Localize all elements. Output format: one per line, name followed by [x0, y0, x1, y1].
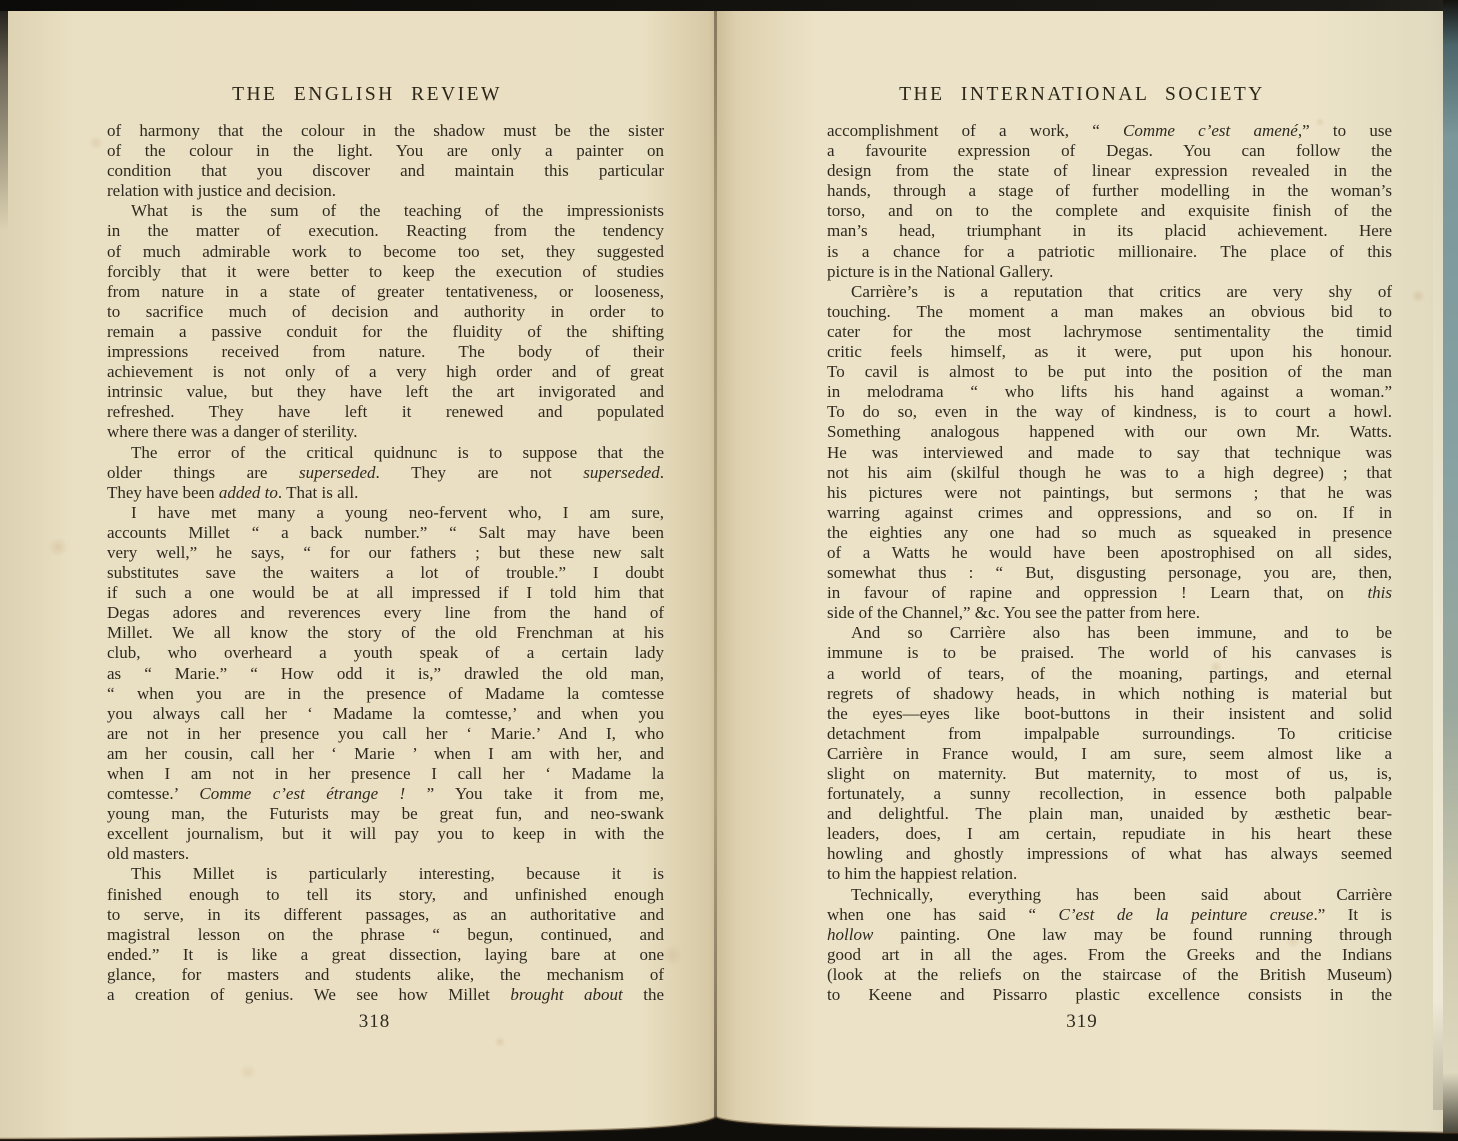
body-text: magistral lesson on the phrase “ begun, … — [107, 925, 664, 944]
page-number-left: 318 — [107, 1011, 642, 1037]
text-line: They have been added to. That is all. — [107, 483, 664, 503]
body-text: from nature in a state of greater tentat… — [107, 282, 664, 301]
text-line: forcibly that it were better to keep the… — [107, 262, 664, 282]
italic-text: Comme c’est étrange ! — [199, 784, 405, 803]
text-line: man’s head, triumphant in its placid ach… — [827, 221, 1392, 241]
body-text: a creation of genius. We see how Millet — [107, 985, 510, 1004]
body-text: To cavil is almost to be put into the po… — [827, 362, 1392, 381]
body-text: Carrière in France would, I am sure, see… — [827, 744, 1392, 763]
body-text: leaders, does, I am certain, repudiate i… — [827, 824, 1392, 843]
text-line: leaders, does, I am certain, repudiate i… — [827, 824, 1392, 844]
text-line: He was interviewed and made to say that … — [827, 443, 1392, 463]
text-line: not his aim (skilful though he was to a … — [827, 463, 1392, 483]
text-line: if such a one would be at all impressed … — [107, 583, 664, 603]
body-text: am her cousin, call her ‘ Marie ’ when I… — [107, 744, 664, 763]
body-text: and delightful. The plain man, unaided b… — [827, 804, 1392, 823]
body-text: . They are not — [376, 463, 584, 482]
text-line: the eighties any one had so much as sque… — [827, 523, 1392, 543]
text-line: To do so, even in the way of kindness, i… — [827, 402, 1392, 422]
text-line: you always call her ‘ Madame la comtesse… — [107, 704, 664, 724]
text-line: a favourite expression of Degas. You can… — [827, 141, 1392, 161]
text-line: and delightful. The plain man, unaided b… — [827, 804, 1392, 824]
body-text: accounts Millet “ a back number.” “ Salt… — [107, 523, 664, 542]
scan-edge-top — [0, 0, 1458, 11]
text-line: “ when you are in the presence of Madame… — [107, 684, 664, 704]
text-line: from nature in a state of greater tentat… — [107, 282, 664, 302]
text-line: substitutes save the waiters a lot of tr… — [107, 563, 664, 583]
text-line: am her cousin, call her ‘ Marie ’ when I… — [107, 744, 664, 764]
running-head-right: THE INTERNATIONAL SOCIETY — [827, 84, 1337, 110]
text-line: of much admirable work to become too set… — [107, 242, 664, 262]
text-line: are not in her presence you call her ‘ M… — [107, 724, 664, 744]
text-line: achievement is not only of a very high o… — [107, 362, 664, 382]
text-line: cater for the most lachrymose sentimenta… — [827, 322, 1392, 342]
scan-edge-left — [0, 0, 8, 230]
italic-text: Comme c’est amené — [1123, 121, 1298, 140]
text-line: old masters. — [107, 844, 664, 864]
italic-text: hollow — [827, 925, 873, 944]
text-line: as “ Marie.” “ How odd it is,” drawled t… — [107, 664, 664, 684]
text-line: in melodrama “ who lifts his hand agains… — [827, 382, 1392, 402]
body-text: a world of tears, of the moaning, partin… — [827, 664, 1392, 683]
text-line: to serve, in its different passages, as … — [107, 905, 664, 925]
text-line: Technically, everything has been said ab… — [827, 885, 1392, 905]
body-text: The error of the critical quidnunc is to… — [131, 443, 664, 462]
body-text: Millet. We all know the story of the old… — [107, 623, 664, 642]
body-text: (look at the reliefs on the staircase of… — [827, 965, 1392, 984]
italic-text: C’est de la peinture creuse — [1059, 905, 1314, 924]
body-text: old masters. — [107, 844, 189, 863]
body-text: somewhat thus : “ But, disgusting person… — [827, 563, 1392, 582]
body-text: To do so, even in the way of kindness, i… — [827, 402, 1392, 421]
body-text: And so Carrière also has been immune, an… — [851, 623, 1392, 642]
text-line: intrinsic value, but they have left the … — [107, 382, 664, 402]
text-line: the eyes—eyes like boot-buttons in their… — [827, 704, 1392, 724]
body-text: in favour of rapine and oppression ! Lea… — [827, 583, 1367, 602]
body-text: Degas adores and reverences every line f… — [107, 603, 664, 622]
body-text: are not in her presence you call her ‘ M… — [107, 724, 664, 743]
body-text: impressions received from nature. The bo… — [107, 342, 664, 361]
italic-text: this — [1367, 583, 1392, 602]
italic-text: brought about — [510, 985, 622, 1004]
book-cover-edge — [1443, 0, 1458, 1141]
text-line: a world of tears, of the moaning, partin… — [827, 664, 1392, 684]
page-body-right: accomplishment of a work, “ Comme c’est … — [827, 121, 1392, 1005]
scan-edge-bottom — [0, 1111, 1458, 1141]
text-line: impressions received from nature. The bo… — [107, 342, 664, 362]
body-text: cater for the most lachrymose sentimenta… — [827, 322, 1392, 341]
body-text: torso, and on to the complete and exquis… — [827, 201, 1392, 220]
text-line: older things are superseded. They are no… — [107, 463, 664, 483]
text-line: torso, and on to the complete and exquis… — [827, 201, 1392, 221]
text-line: critic feels himself, as it were, put up… — [827, 342, 1392, 362]
text-line: good art in all the ages. From the Greek… — [827, 945, 1392, 965]
body-text: if such a one would be at all impressed … — [107, 583, 664, 602]
italic-text: added to — [219, 483, 278, 502]
text-line: accounts Millet “ a back number.” “ Salt… — [107, 523, 664, 543]
text-line: (look at the reliefs on the staircase of… — [827, 965, 1392, 985]
body-text: not his aim (skilful though he was to a … — [827, 463, 1392, 482]
body-text: substitutes save the waiters a lot of tr… — [107, 563, 664, 582]
text-line: when one has said “ C’est de la peinture… — [827, 905, 1392, 925]
body-text: remain a passive conduit for the fluidit… — [107, 322, 664, 341]
text-line: design from the state of linear expressi… — [827, 161, 1392, 181]
body-text: ” You take it from me, — [405, 784, 664, 803]
page-fore-edge — [1433, 30, 1443, 1110]
body-text: excellent journalism, but it will pay yo… — [107, 824, 664, 843]
text-line: somewhat thus : “ But, disgusting person… — [827, 563, 1392, 583]
text-line: of a Watts he would have been apostrophi… — [827, 543, 1392, 563]
body-text: the — [623, 985, 664, 1004]
body-text: picture is in the National Gallery. — [827, 262, 1053, 281]
book-spread: THE ENGLISH REVIEW THE INTERNATIONAL SOC… — [0, 0, 1458, 1141]
text-line: where there was a danger of sterility. — [107, 422, 664, 442]
body-text: slight on maternity. But maternity, to m… — [827, 764, 1392, 783]
text-line: relation with justice and decision. — [107, 181, 664, 201]
body-text: touching. The moment a man makes an obvi… — [827, 302, 1392, 321]
text-line: a creation of genius. We see how Millet … — [107, 985, 664, 1005]
body-text: Technically, everything has been said ab… — [851, 885, 1392, 904]
body-text: of the colour in the light. You are only… — [107, 141, 664, 160]
body-text: detachment from impalpable surroundings.… — [827, 724, 1392, 743]
body-text: where there was a danger of sterility. — [107, 422, 357, 441]
body-text: his pictures were not paintings, but ser… — [827, 483, 1392, 502]
body-text: They have been — [107, 483, 219, 502]
text-line: detachment from impalpable surroundings.… — [827, 724, 1392, 744]
body-text: side of the Channel,” &c. You see the pa… — [827, 603, 1200, 622]
text-line: of harmony that the colour in the shadow… — [107, 121, 664, 141]
body-text: relation with justice and decision. — [107, 181, 336, 200]
body-text: immune is to be praised. The world of hi… — [827, 643, 1392, 662]
page-number-right: 319 — [827, 1011, 1337, 1037]
text-line: remain a passive conduit for the fluidit… — [107, 322, 664, 342]
running-head-left: THE ENGLISH REVIEW — [107, 84, 627, 110]
text-line: to sacrifice much of decision and author… — [107, 302, 664, 322]
book-gutter — [714, 0, 717, 1141]
body-text: to sacrifice much of decision and author… — [107, 302, 664, 321]
body-text: painting. One law may be found running t… — [873, 925, 1392, 944]
body-text: Something analogous happened with our ow… — [827, 422, 1392, 441]
text-line: fortunately, a sunny recollection, in es… — [827, 784, 1392, 804]
text-line: club, who overheard a youth speak of a c… — [107, 643, 664, 663]
text-line: glance, for masters and students alike, … — [107, 965, 664, 985]
body-text: This Millet is particularly interesting,… — [131, 864, 664, 883]
body-text: regrets of shadowy heads, in which nothi… — [827, 684, 1392, 703]
body-text: Carrière’s is a reputation that critics … — [851, 282, 1392, 301]
text-line: in favour of rapine and oppression ! Lea… — [827, 583, 1392, 603]
text-line: when I am not in her presence I call her… — [107, 764, 664, 784]
body-text: design from the state of linear expressi… — [827, 161, 1392, 180]
body-text: in the matter of execution. Reacting fro… — [107, 221, 664, 240]
text-line: immune is to be praised. The world of hi… — [827, 643, 1392, 663]
body-text: older things are — [107, 463, 299, 482]
text-line: Degas adores and reverences every line f… — [107, 603, 664, 623]
body-text: as “ Marie.” “ How odd it is,” drawled t… — [107, 664, 664, 683]
scanned-book-photo: { "pages": [ { "header": "THE ENGLISH RE… — [0, 0, 1458, 1141]
body-text: intrinsic value, but they have left the … — [107, 382, 664, 401]
body-text: to serve, in its different passages, as … — [107, 905, 664, 924]
text-line: howling and ghostly impressions of what … — [827, 844, 1392, 864]
body-text: I have met many a young neo-fervent who,… — [131, 503, 664, 522]
body-text: hands, through a stage of further modell… — [827, 181, 1392, 200]
body-text: glance, for masters and students alike, … — [107, 965, 664, 984]
body-text: achievement is not only of a very high o… — [107, 362, 664, 381]
body-text: . That is all. — [278, 483, 358, 502]
text-line: ended.” It is like a great dissection, l… — [107, 945, 664, 965]
body-text: you always call her ‘ Madame la comtesse… — [107, 704, 664, 723]
text-line: is a chance for a patriotic millionaire.… — [827, 242, 1392, 262]
body-text: in melodrama “ who lifts his hand agains… — [827, 382, 1392, 401]
body-text: the eyes—eyes like boot-buttons in their… — [827, 704, 1392, 723]
text-line: side of the Channel,” &c. You see the pa… — [827, 603, 1392, 623]
text-line: hands, through a stage of further modell… — [827, 181, 1392, 201]
text-line: touching. The moment a man makes an obvi… — [827, 302, 1392, 322]
body-text: the eighties any one had so much as sque… — [827, 523, 1392, 542]
body-text: club, who overheard a youth speak of a c… — [107, 643, 664, 662]
body-text: fortunately, a sunny recollection, in es… — [827, 784, 1392, 803]
body-text: when I am not in her presence I call her… — [107, 764, 664, 783]
body-text: of much admirable work to become too set… — [107, 242, 664, 261]
text-line: The error of the critical quidnunc is to… — [107, 443, 664, 463]
text-line: refreshed. They have left it renewed and… — [107, 402, 664, 422]
text-line: excellent journalism, but it will pay yo… — [107, 824, 664, 844]
body-text: . — [660, 463, 664, 482]
body-text: man’s head, triumphant in its placid ach… — [827, 221, 1392, 240]
text-line: accomplishment of a work, “ Comme c’est … — [827, 121, 1392, 141]
text-line: of the colour in the light. You are only… — [107, 141, 664, 161]
text-line: condition that you discover and maintain… — [107, 161, 664, 181]
body-text: comtesse.’ — [107, 784, 199, 803]
body-text: finished enough to tell its story, and u… — [107, 885, 664, 904]
body-text: of harmony that the colour in the shadow… — [107, 121, 664, 140]
body-text: of a Watts he would have been apostrophi… — [827, 543, 1392, 562]
page-body-left: of harmony that the colour in the shadow… — [107, 121, 664, 1005]
body-text: to him the happiest relation. — [827, 864, 1017, 883]
text-line: Carrière in France would, I am sure, see… — [827, 744, 1392, 764]
body-text: .” It is — [1313, 905, 1392, 924]
text-line: What is the sum of the teaching of the i… — [107, 201, 664, 221]
text-line: picture is in the National Gallery. — [827, 262, 1392, 282]
body-text: warring against crimes and oppressions, … — [827, 503, 1392, 522]
body-text: young man, the Futurists may be great fu… — [107, 804, 664, 823]
text-line: I have met many a young neo-fervent who,… — [107, 503, 664, 523]
text-line: his pictures were not paintings, but ser… — [827, 483, 1392, 503]
body-text: He was interviewed and made to say that … — [827, 443, 1392, 462]
text-line: To cavil is almost to be put into the po… — [827, 362, 1392, 382]
text-line: And so Carrière also has been immune, an… — [827, 623, 1392, 643]
body-text: to Keene and Pissarro plastic excellence… — [827, 985, 1392, 1004]
text-line: slight on maternity. But maternity, to m… — [827, 764, 1392, 784]
text-line: comtesse.’ Comme c’est étrange ! ” You t… — [107, 784, 664, 804]
text-line: finished enough to tell its story, and u… — [107, 885, 664, 905]
body-text: accomplishment of a work, “ — [827, 121, 1123, 140]
body-text: What is the sum of the teaching of the i… — [131, 201, 664, 220]
body-text: forcibly that it were better to keep the… — [107, 262, 664, 281]
text-line: hollow painting. One law may be found ru… — [827, 925, 1392, 945]
text-line: warring against crimes and oppressions, … — [827, 503, 1392, 523]
text-line: magistral lesson on the phrase “ begun, … — [107, 925, 664, 945]
text-line: to him the happiest relation. — [827, 864, 1392, 884]
body-text: when one has said “ — [827, 905, 1059, 924]
body-text: is a chance for a patriotic millionaire.… — [827, 242, 1392, 261]
body-text: “ when you are in the presence of Madame… — [107, 684, 664, 703]
text-line: in the matter of execution. Reacting fro… — [107, 221, 664, 241]
text-line: Carrière’s is a reputation that critics … — [827, 282, 1392, 302]
italic-text: superseded — [583, 463, 659, 482]
body-text: critic feels himself, as it were, put up… — [827, 342, 1392, 361]
text-line: regrets of shadowy heads, in which nothi… — [827, 684, 1392, 704]
text-line: to Keene and Pissarro plastic excellence… — [827, 985, 1392, 1005]
body-text: very well,” he says, “ for our fathers ;… — [107, 543, 664, 562]
text-line: Something analogous happened with our ow… — [827, 422, 1392, 442]
italic-text: superseded — [299, 463, 375, 482]
text-line: very well,” he says, “ for our fathers ;… — [107, 543, 664, 563]
body-text: condition that you discover and maintain… — [107, 161, 664, 180]
text-line: This Millet is particularly interesting,… — [107, 864, 664, 884]
body-text: refreshed. They have left it renewed and… — [107, 402, 664, 421]
body-text: good art in all the ages. From the Greek… — [827, 945, 1392, 964]
text-line: young man, the Futurists may be great fu… — [107, 804, 664, 824]
text-line: Millet. We all know the story of the old… — [107, 623, 664, 643]
body-text: howling and ghostly impressions of what … — [827, 844, 1392, 863]
body-text: ended.” It is like a great dissection, l… — [107, 945, 664, 964]
body-text: a favourite expression of Degas. You can… — [827, 141, 1392, 160]
body-text: ,” to use — [1298, 121, 1392, 140]
